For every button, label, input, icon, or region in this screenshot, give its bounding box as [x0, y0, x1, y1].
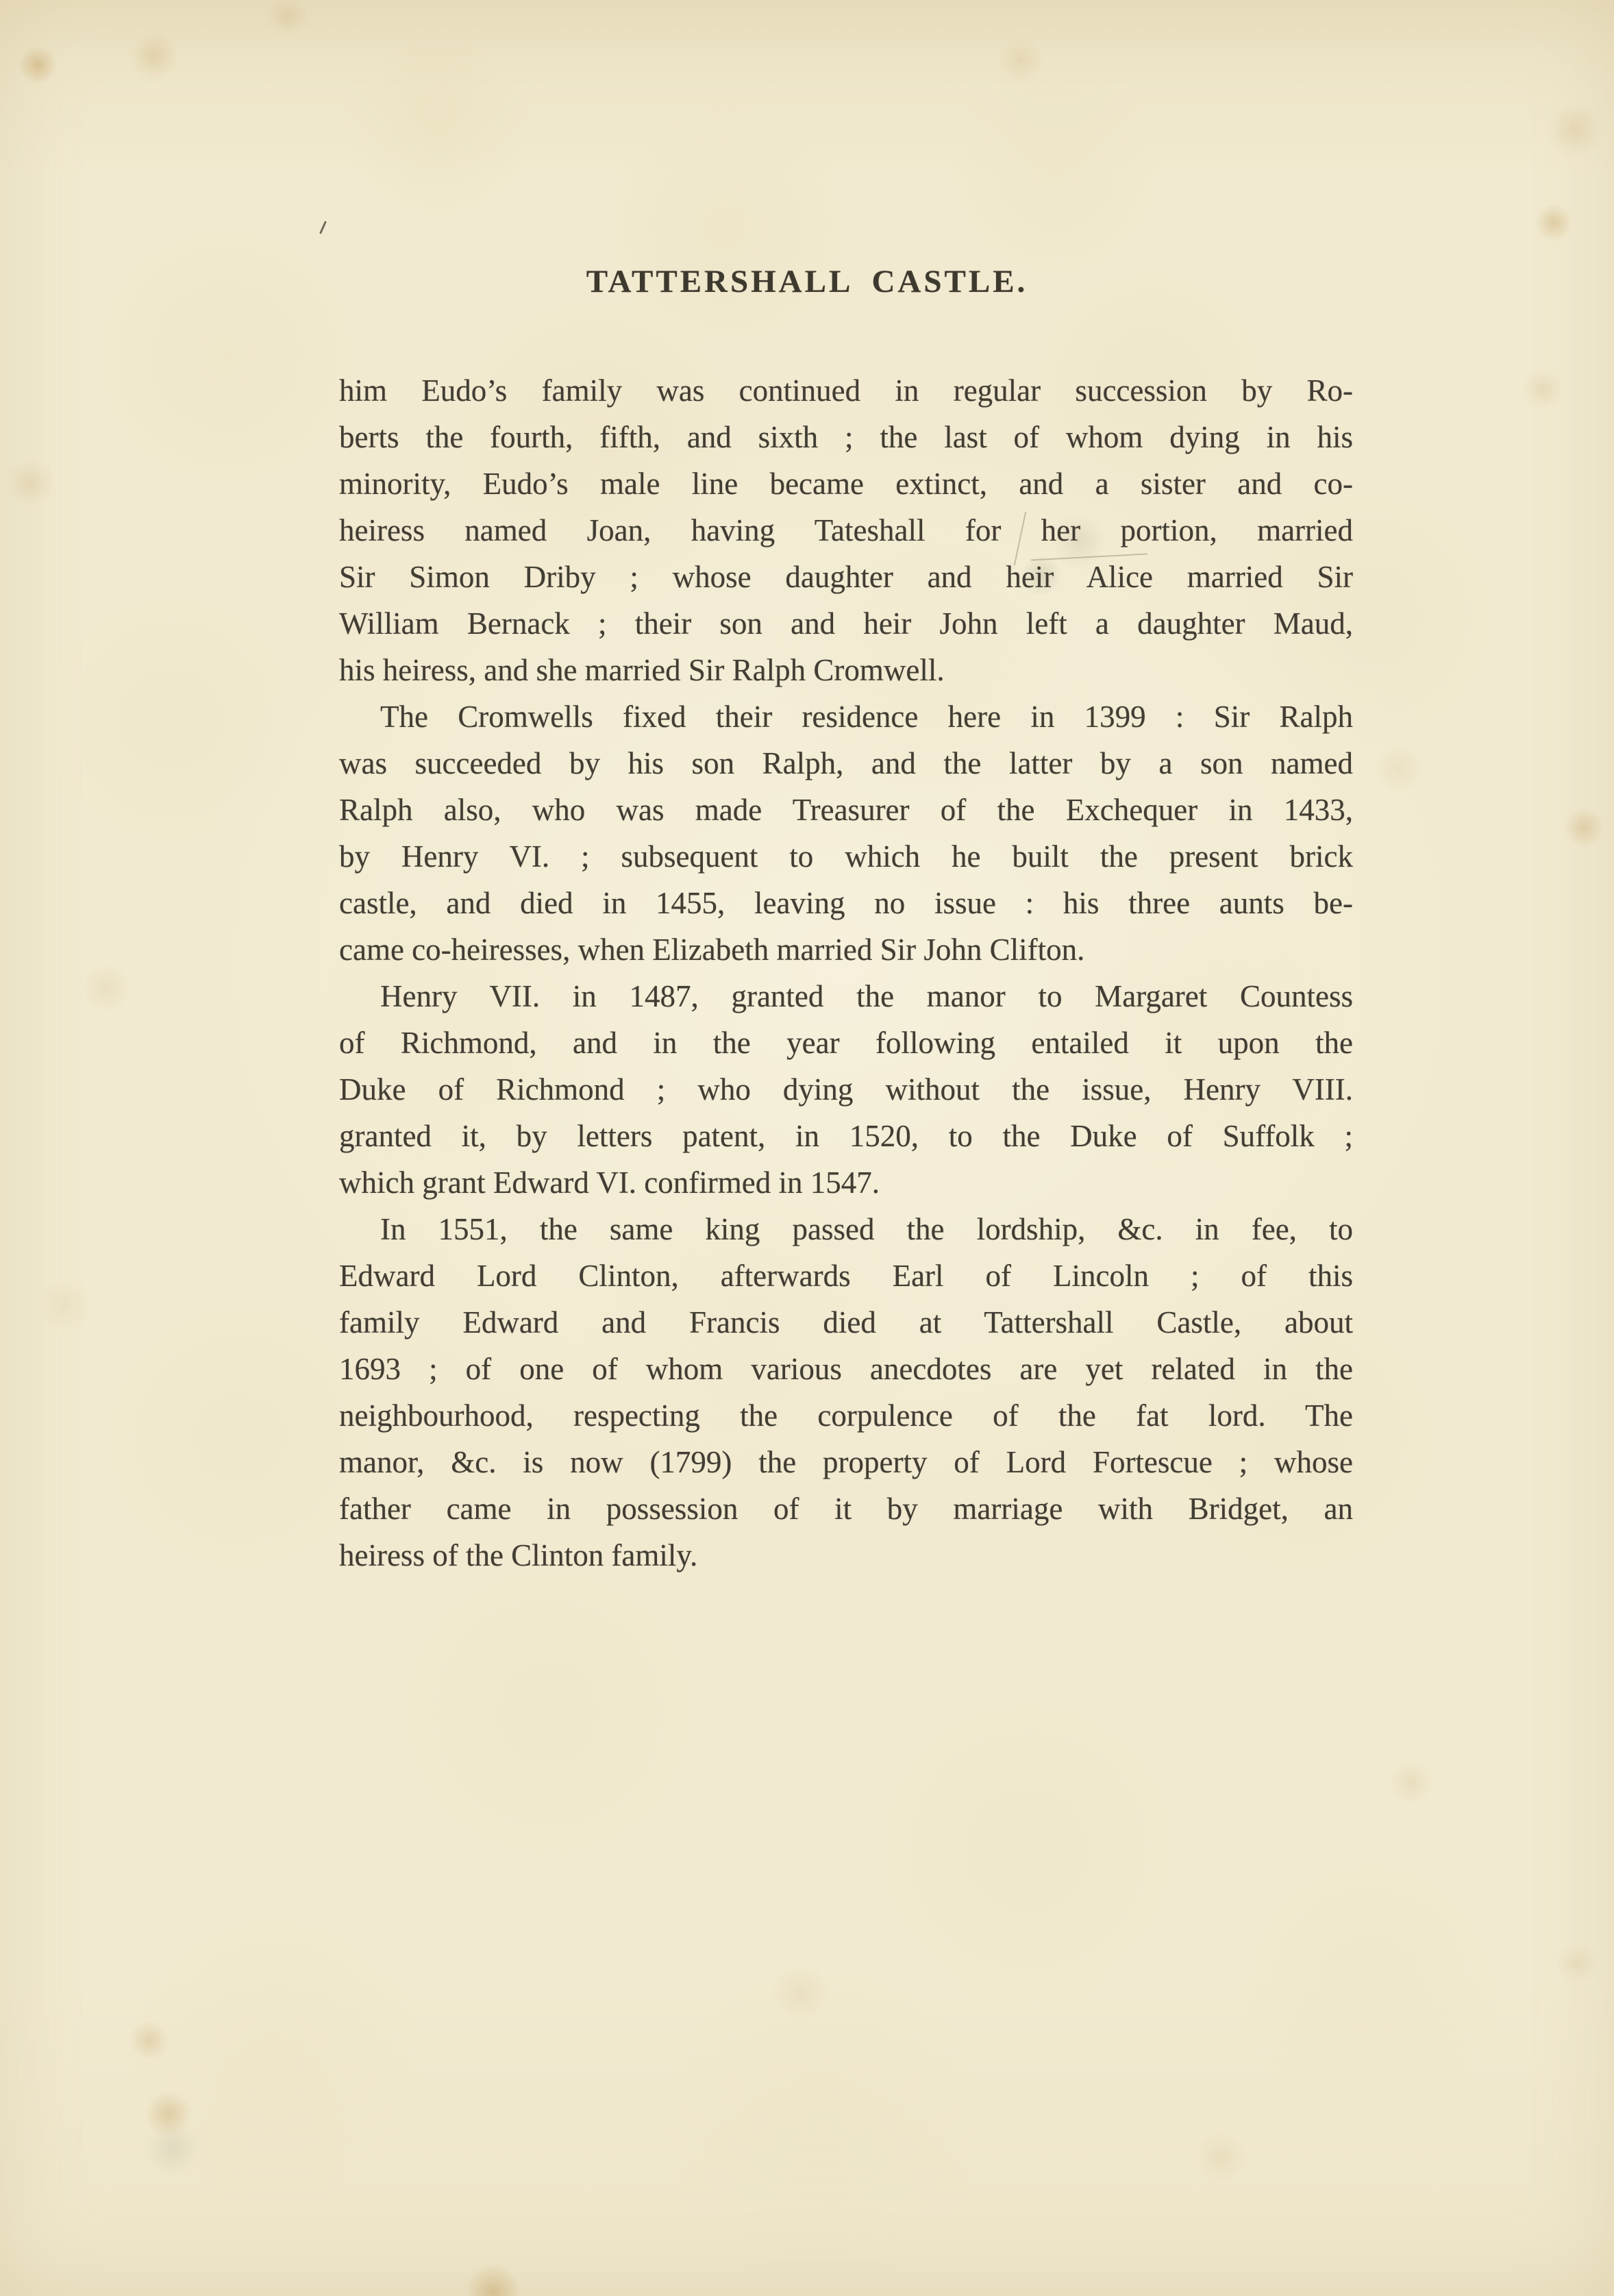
text-block: him Eudo’s family was continued in regul… — [339, 367, 1353, 1579]
book-page: TATTERSHALL CASTLE. him Eudo’s family wa… — [0, 0, 1614, 2296]
text-line: In 1551, the same king passed the lordsh… — [339, 1206, 1353, 1252]
text-line: heiress named Joan, having Tateshall for… — [339, 507, 1353, 554]
text-line: Duke of Richmond ; who dying without the… — [339, 1066, 1353, 1113]
ink-speck — [319, 221, 327, 234]
text-line: him Eudo’s family was continued in regul… — [339, 367, 1353, 414]
text-line: by Henry VI. ; subsequent to which he bu… — [339, 833, 1353, 880]
paragraph: him Eudo’s family was continued in regul… — [339, 367, 1353, 693]
paragraph: Henry VII. in 1487, granted the manor to… — [339, 973, 1353, 1206]
text-line: of Richmond, and in the year following e… — [339, 1020, 1353, 1066]
text-line: which grant Edward VI. confirmed in 1547… — [339, 1159, 1353, 1206]
text-line: berts the fourth, fifth, and sixth ; the… — [339, 414, 1353, 460]
text-line: Sir Simon Driby ; whose daughter and hei… — [339, 554, 1353, 600]
text-line: The Cromwells fixed their residence here… — [339, 693, 1353, 740]
text-line: came co-heiresses, when Elizabeth marrie… — [339, 926, 1353, 973]
text-line: Ralph also, who was made Treasurer of th… — [339, 787, 1353, 833]
text-line: Henry VII. in 1487, granted the manor to… — [339, 973, 1353, 1020]
paragraph: In 1551, the same king passed the lordsh… — [339, 1206, 1353, 1579]
text-line: manor, &c. is now (1799) the property of… — [339, 1439, 1353, 1485]
text-line: family Edward and Francis died at Tatter… — [339, 1299, 1353, 1346]
paragraph: The Cromwells fixed their residence here… — [339, 693, 1353, 973]
text-line: neighbourhood, respecting the corpulence… — [339, 1392, 1353, 1439]
text-line: heiress of the Clinton family. — [339, 1532, 1353, 1579]
text-line: minority, Eudo’s male line became extinc… — [339, 460, 1353, 507]
text-line: was succeeded by his son Ralph, and the … — [339, 740, 1353, 787]
text-line: his heiress, and she married Sir Ralph C… — [339, 647, 1353, 693]
text-line: William Bernack ; their son and heir Joh… — [339, 600, 1353, 647]
text-line: castle, and died in 1455, leaving no iss… — [339, 880, 1353, 926]
page-title: TATTERSHALL CASTLE. — [0, 263, 1614, 300]
text-line: father came in possession of it by marri… — [339, 1485, 1353, 1532]
text-line: Edward Lord Clinton, afterwards Earl of … — [339, 1252, 1353, 1299]
text-line: 1693 ; of one of whom various anecdotes … — [339, 1346, 1353, 1392]
text-line: granted it, by letters patent, in 1520, … — [339, 1113, 1353, 1159]
